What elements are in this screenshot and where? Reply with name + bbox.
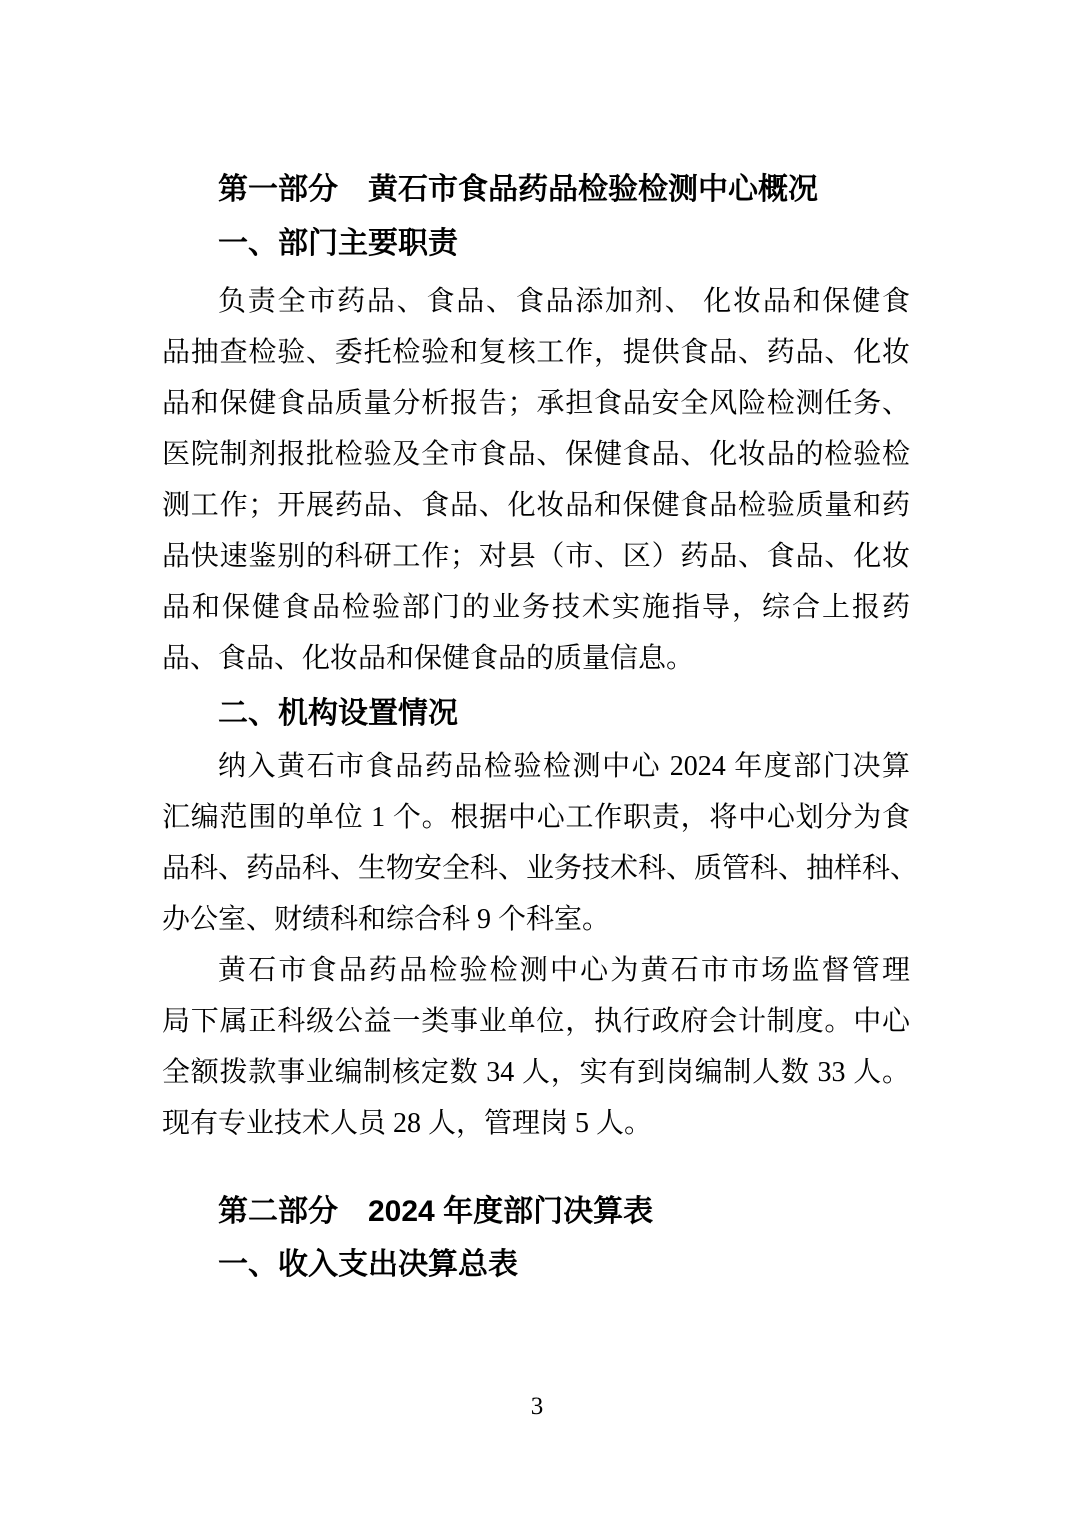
text-line: 品和保健食品检验部门的业务技术实施指导，综合上报药: [162, 582, 910, 633]
text-line: 品和保健食品质量分析报告；承担食品安全风险检测任务、: [162, 378, 910, 429]
text-line: 负责全市药品、食品、食品添加剂、 化妆品和保健食: [162, 276, 910, 327]
text-line: 品抽查检验、委托检验和复核工作，提供食品、药品、化妆: [162, 327, 910, 378]
text-line: 纳入黄石市食品药品检验检测中心 2024 年度部门决算: [162, 741, 910, 792]
text-line: 局下属正科级公益一类事业单位，执行政府会计制度。中心: [162, 996, 910, 1047]
page-number: 3: [0, 1392, 1074, 1422]
text-line: 品、食品、化妆品和保健食品的质量信息。: [162, 633, 910, 684]
part2-title: 第二部分 2024 年度部门决算表: [162, 1186, 910, 1237]
text-line: 品科、药品科、生物安全科、业务技术科、质管科、抽样科、: [162, 843, 910, 894]
part1-section1-heading: 一、部门主要职责: [162, 218, 910, 269]
paragraph-org-setup: 纳入黄石市食品药品检验检测中心 2024 年度部门决算 汇编范围的单位 1 个。…: [162, 741, 910, 945]
text-line: 黄石市食品药品检验检测中心为黄石市市场监督管理: [162, 945, 910, 996]
document-page: 第一部分 黄石市食品药品检验检测中心概况 一、部门主要职责 负责全市药品、食品、…: [0, 0, 1074, 1520]
text-line: 品快速鉴别的科研工作；对县（市、区）药品、食品、化妆: [162, 531, 910, 582]
part1-title: 第一部分 黄石市食品药品检验检测中心概况: [162, 164, 910, 215]
paragraph-duties: 负责全市药品、食品、食品添加剂、 化妆品和保健食 品抽查检验、委托检验和复核工作…: [162, 276, 910, 684]
text-line: 办公室、财绩科和综合科 9 个科室。: [162, 894, 910, 945]
text-line: 现有专业技术人员 28 人，管理岗 5 人。: [162, 1098, 910, 1149]
part1-section2-heading: 二、机构设置情况: [162, 688, 910, 739]
text-line: 汇编范围的单位 1 个。根据中心工作职责，将中心划分为食: [162, 792, 910, 843]
text-line: 医院制剂报批检验及全市食品、保健食品、化妆品的检验检: [162, 429, 910, 480]
part2-section1-heading: 一、收入支出决算总表: [162, 1239, 910, 1290]
text-line: 全额拨款事业编制核定数 34 人，实有到岗编制人数 33 人。: [162, 1047, 910, 1098]
paragraph-org-nature: 黄石市食品药品检验检测中心为黄石市市场监督管理 局下属正科级公益一类事业单位，执…: [162, 945, 910, 1149]
text-line: 测工作；开展药品、食品、化妆品和保健食品检验质量和药: [162, 480, 910, 531]
document-content: 第一部分 黄石市食品药品检验检测中心概况 一、部门主要职责 负责全市药品、食品、…: [162, 164, 910, 1290]
